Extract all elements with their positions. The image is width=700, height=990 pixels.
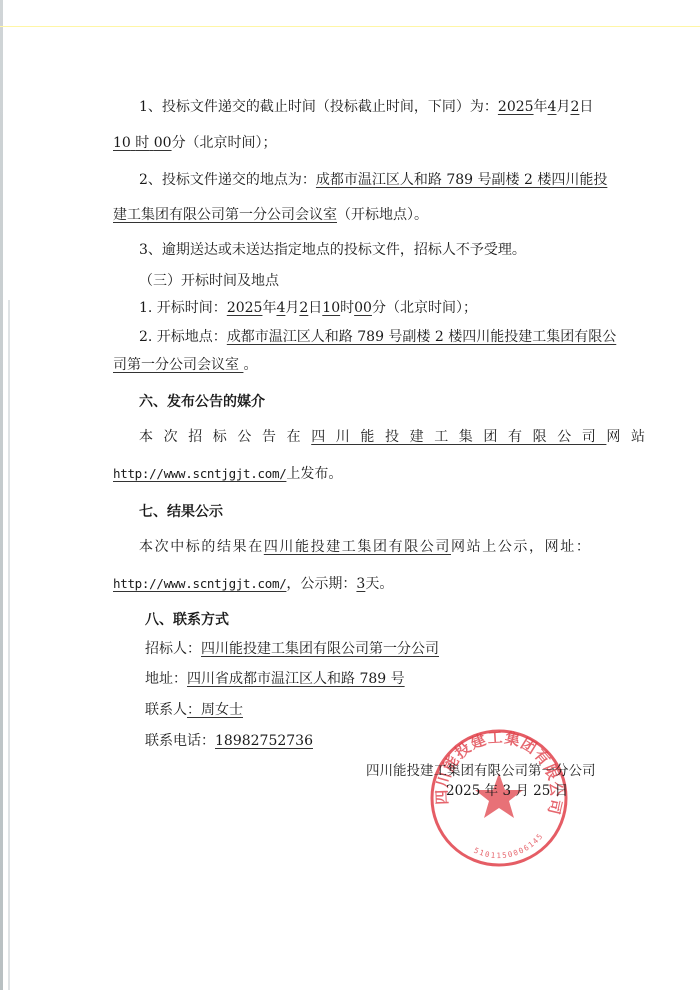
media-url-link[interactable]: http://www.scntjgjt.com/: [113, 466, 286, 481]
signature-company: 四川能投建工集团有限公司第一分公司: [366, 762, 596, 780]
result-url-line: http://www.scntjgjt.com/，公示期：3天。: [113, 575, 393, 593]
scan-artifact-line: [0, 26, 700, 27]
opening-place-line1: 2. 开标地点：成都市温江区人和路 789 号副楼 2 楼四川能投建工集团有限公: [139, 328, 616, 346]
submission-location: 成都市温江区人和路 789 号副楼 2 楼四川能投: [316, 172, 607, 188]
contact-phone: 联系电话：18982752736: [145, 732, 313, 750]
contact-heading: 八、联系方式: [145, 611, 229, 629]
media-heading: 六、发布公告的媒介: [139, 393, 265, 411]
scan-edge-left-inner: [8, 300, 10, 990]
late-submission-note: 3、逾期送达或未送达指定地点的投标文件，招标人不予受理。: [139, 241, 526, 259]
result-period: 3: [356, 576, 365, 592]
contact-person: 联系人：周女士: [145, 701, 243, 719]
result-company: 四川能投建工集团有限公司: [264, 539, 451, 555]
result-url-link[interactable]: http://www.scntjgjt.com/: [113, 576, 286, 591]
submission-location-line2: 建工集团有限公司第一分公司会议室（开标地点）。: [113, 206, 428, 224]
contact-tenderer: 招标人：四川能投建工集团有限公司第一分公司: [145, 640, 439, 658]
deadline-hour: 10 时 00: [113, 135, 172, 151]
opening-place-line2: 司第一分公司会议室 。: [113, 356, 257, 374]
media-company: 四川能投建工集团有限公司: [311, 429, 606, 445]
submission-location-line1: 2、投标文件递交的地点为：成都市温江区人和路 789 号副楼 2 楼四川能投: [139, 171, 607, 189]
signature-date: 2025 年 3 月 25 日: [446, 782, 568, 800]
opening-time: 1. 开标时间：2025年4月2日10时00分（北京时间）；: [139, 299, 477, 317]
result-heading: 七、结果公示: [139, 503, 223, 521]
media-text: 本次招标公告在四川能投建工集团有限公司网站: [139, 428, 656, 446]
opening-heading: （三）开标时间及地点: [139, 272, 279, 290]
scan-edge-left: [0, 0, 3, 990]
result-text: 本次中标的结果在四川能投建工集团有限公司网站上公示，网址：: [139, 538, 591, 556]
media-url-line: http://www.scntjgjt.com/上发布。: [113, 465, 342, 483]
contact-address: 地址：四川省成都市温江区人和路 789 号: [145, 670, 405, 688]
submission-deadline-line1: 1、投标文件递交的截止时间（投标截止时间，下同）为：2025年4月2日: [139, 98, 593, 116]
deadline-year: 2025: [498, 99, 534, 115]
submission-deadline-line2: 10 时 00分（北京时间）；: [113, 134, 277, 152]
